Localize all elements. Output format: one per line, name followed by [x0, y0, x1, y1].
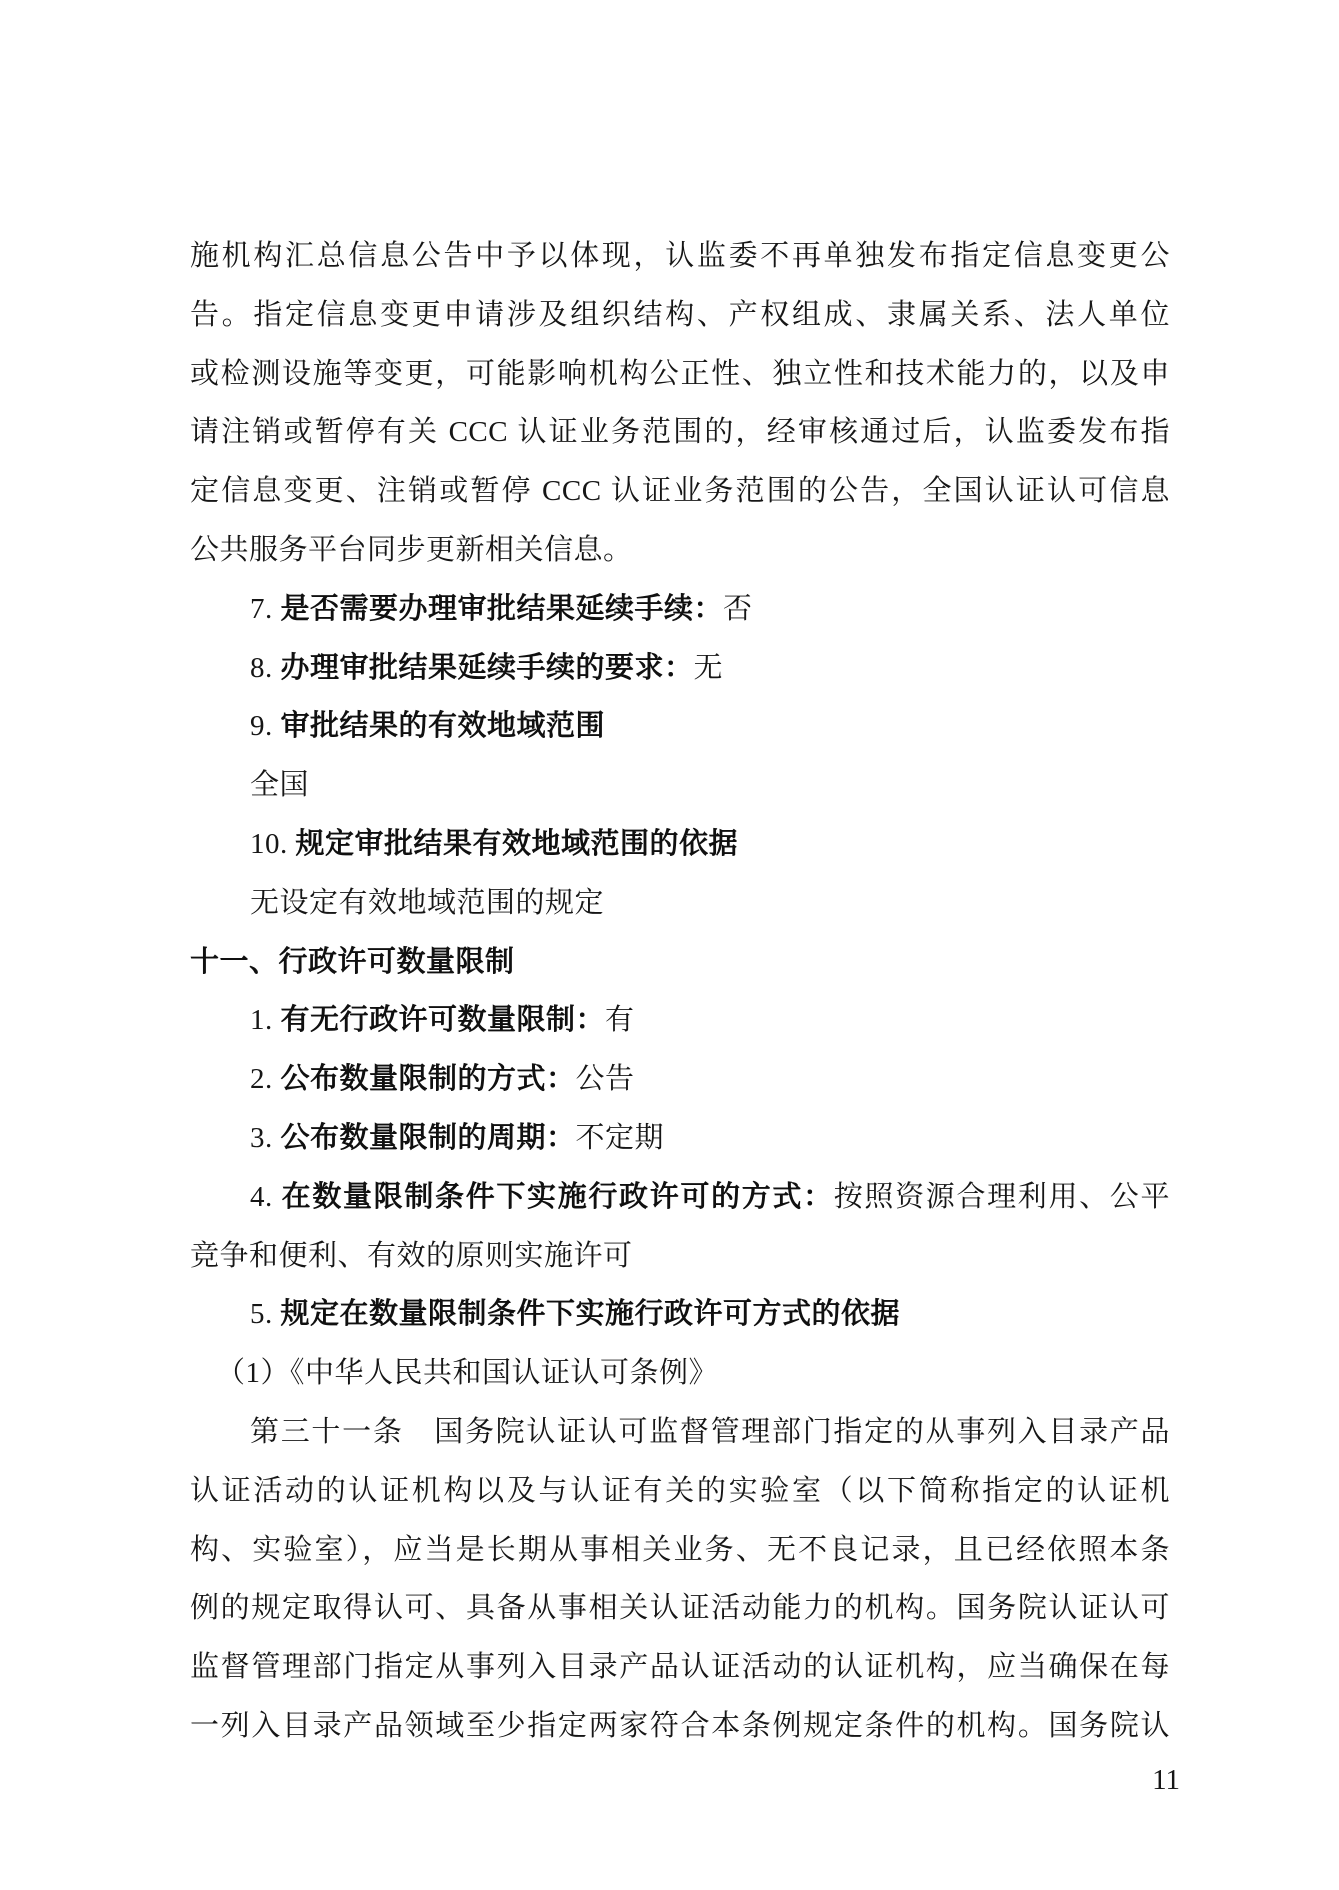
- text-line: 请注销或暂停有关 CCC 认证业务范围的，经审核通过后，认监委发布指: [190, 403, 1170, 462]
- page-number: 11: [1152, 1763, 1180, 1797]
- text-line: 公共服务平台同步更新相关信息。: [190, 521, 1170, 580]
- body-text: 认证活动的认证机构以及与认证有关的实验室（以下简称指定的认证机: [190, 1475, 1170, 1507]
- item-number: 10.: [250, 828, 296, 860]
- body-text: 竞争和便利、有效的原则实施许可: [190, 1240, 633, 1272]
- section-heading-text: 十一、行政许可数量限制: [190, 946, 515, 978]
- item-label: 是否需要办理审批结果延续手续：: [281, 593, 724, 625]
- text-line: 第三十一条 国务院认证认可监督管理部门指定的从事列入目录产品: [190, 1403, 1170, 1462]
- reference-item: （1）《中华人民共和国认证认可条例》: [190, 1344, 1170, 1403]
- item-number: 8.: [250, 652, 281, 684]
- item-value: 无: [694, 652, 724, 684]
- numbered-item-2: 2. 公布数量限制的方式：公告: [190, 1050, 1170, 1109]
- numbered-item-1: 1. 有无行政许可数量限制：有: [190, 991, 1170, 1050]
- body-text: 定信息变更、注销或暂停 CCC 认证业务范围的公告，全国认证认可信息: [190, 475, 1170, 507]
- numbered-item-3: 3. 公布数量限制的周期：不定期: [190, 1109, 1170, 1168]
- item-value: 否: [723, 593, 753, 625]
- numbered-item-7: 7. 是否需要办理审批结果延续手续：否: [190, 580, 1170, 639]
- item-value: 有: [605, 1004, 635, 1036]
- item-value: 公告: [576, 1063, 635, 1095]
- numbered-item-8: 8. 办理审批结果延续手续的要求：无: [190, 639, 1170, 698]
- body-text: 无设定有效地域范围的规定: [250, 887, 604, 919]
- body-text: 监督管理部门指定从事列入目录产品认证活动的认证机构，应当确保在每: [190, 1651, 1170, 1683]
- numbered-item-10: 10. 规定审批结果有效地域范围的依据: [190, 815, 1170, 874]
- text-line: 一列入目录产品领域至少指定两家符合本条例规定条件的机构。国务院认: [190, 1697, 1170, 1756]
- text-line: 告。指定信息变更申请涉及组织结构、产权组成、隶属关系、法人单位: [190, 286, 1170, 345]
- numbered-item-5: 5. 规定在数量限制条件下实施行政许可方式的依据: [190, 1285, 1170, 1344]
- item-label: 在数量限制条件下实施行政许可的方式：: [282, 1181, 834, 1213]
- body-text: 一列入目录产品领域至少指定两家符合本条例规定条件的机构。国务院认: [190, 1710, 1170, 1742]
- document-page: 施机构汇总信息公告中予以体现，认监委不再单独发布指定信息变更公 告。指定信息变更…: [0, 0, 1339, 1890]
- body-text: 第三十一条 国务院认证认可监督管理部门指定的从事列入目录产品: [250, 1416, 1170, 1448]
- body-text: 例的规定取得认可、具备从事相关认证活动能力的机构。国务院认证认可: [190, 1592, 1170, 1624]
- item-number: 2.: [250, 1063, 281, 1095]
- text-line: 无设定有效地域范围的规定: [190, 874, 1170, 933]
- text-line: 监督管理部门指定从事列入目录产品认证活动的认证机构，应当确保在每: [190, 1638, 1170, 1697]
- item-label: 规定在数量限制条件下实施行政许可方式的依据: [281, 1298, 901, 1330]
- text-line: 认证活动的认证机构以及与认证有关的实验室（以下简称指定的认证机: [190, 1462, 1170, 1521]
- text-line: 全国: [190, 756, 1170, 815]
- text-line: 例的规定取得认可、具备从事相关认证活动能力的机构。国务院认证认可: [190, 1579, 1170, 1638]
- text-line: 竞争和便利、有效的原则实施许可: [190, 1227, 1170, 1286]
- item-number: 9.: [250, 710, 281, 742]
- text-line: 构、实验室），应当是长期从事相关业务、无不良记录，且已经依照本条: [190, 1521, 1170, 1580]
- item-number: 1.: [250, 1004, 281, 1036]
- text-line: 施机构汇总信息公告中予以体现，认监委不再单独发布指定信息变更公: [190, 227, 1170, 286]
- item-label: 公布数量限制的方式：: [281, 1063, 576, 1095]
- item-number: 3.: [250, 1122, 281, 1154]
- body-text: （1）《中华人民共和国认证认可条例》: [216, 1357, 718, 1389]
- text-line: 定信息变更、注销或暂停 CCC 认证业务范围的公告，全国认证认可信息: [190, 462, 1170, 521]
- body-text: 公共服务平台同步更新相关信息。: [190, 534, 633, 566]
- item-label: 办理审批结果延续手续的要求：: [281, 652, 694, 684]
- item-label: 规定审批结果有效地域范围的依据: [296, 828, 739, 860]
- body-text: 全国: [250, 769, 309, 801]
- item-number: 7.: [250, 593, 281, 625]
- item-number: 4.: [250, 1181, 282, 1213]
- body-text: 告。指定信息变更申请涉及组织结构、产权组成、隶属关系、法人单位: [190, 299, 1170, 331]
- item-label: 有无行政许可数量限制：: [281, 1004, 606, 1036]
- text-line: 或检测设施等变更，可能影响机构公正性、独立性和技术能力的，以及申: [190, 345, 1170, 404]
- document-body: 施机构汇总信息公告中予以体现，认监委不再单独发布指定信息变更公 告。指定信息变更…: [190, 227, 1170, 1756]
- body-text: 构、实验室），应当是长期从事相关业务、无不良记录，且已经依照本条: [190, 1534, 1170, 1566]
- item-value: 不定期: [576, 1122, 665, 1154]
- body-text: 或检测设施等变更，可能影响机构公正性、独立性和技术能力的，以及申: [190, 358, 1170, 390]
- body-text: 施机构汇总信息公告中予以体现，认监委不再单独发布指定信息变更公: [190, 240, 1170, 272]
- numbered-item-4: 4. 在数量限制条件下实施行政许可的方式：按照资源合理利用、公平: [190, 1168, 1170, 1227]
- item-label: 审批结果的有效地域范围: [281, 710, 606, 742]
- numbered-item-9: 9. 审批结果的有效地域范围: [190, 697, 1170, 756]
- body-text: 请注销或暂停有关 CCC 认证业务范围的，经审核通过后，认监委发布指: [190, 416, 1170, 448]
- item-value: 按照资源合理利用、公平: [834, 1181, 1170, 1213]
- item-label: 公布数量限制的周期：: [281, 1122, 576, 1154]
- item-number: 5.: [250, 1298, 281, 1330]
- section-heading: 十一、行政许可数量限制: [190, 933, 1170, 992]
